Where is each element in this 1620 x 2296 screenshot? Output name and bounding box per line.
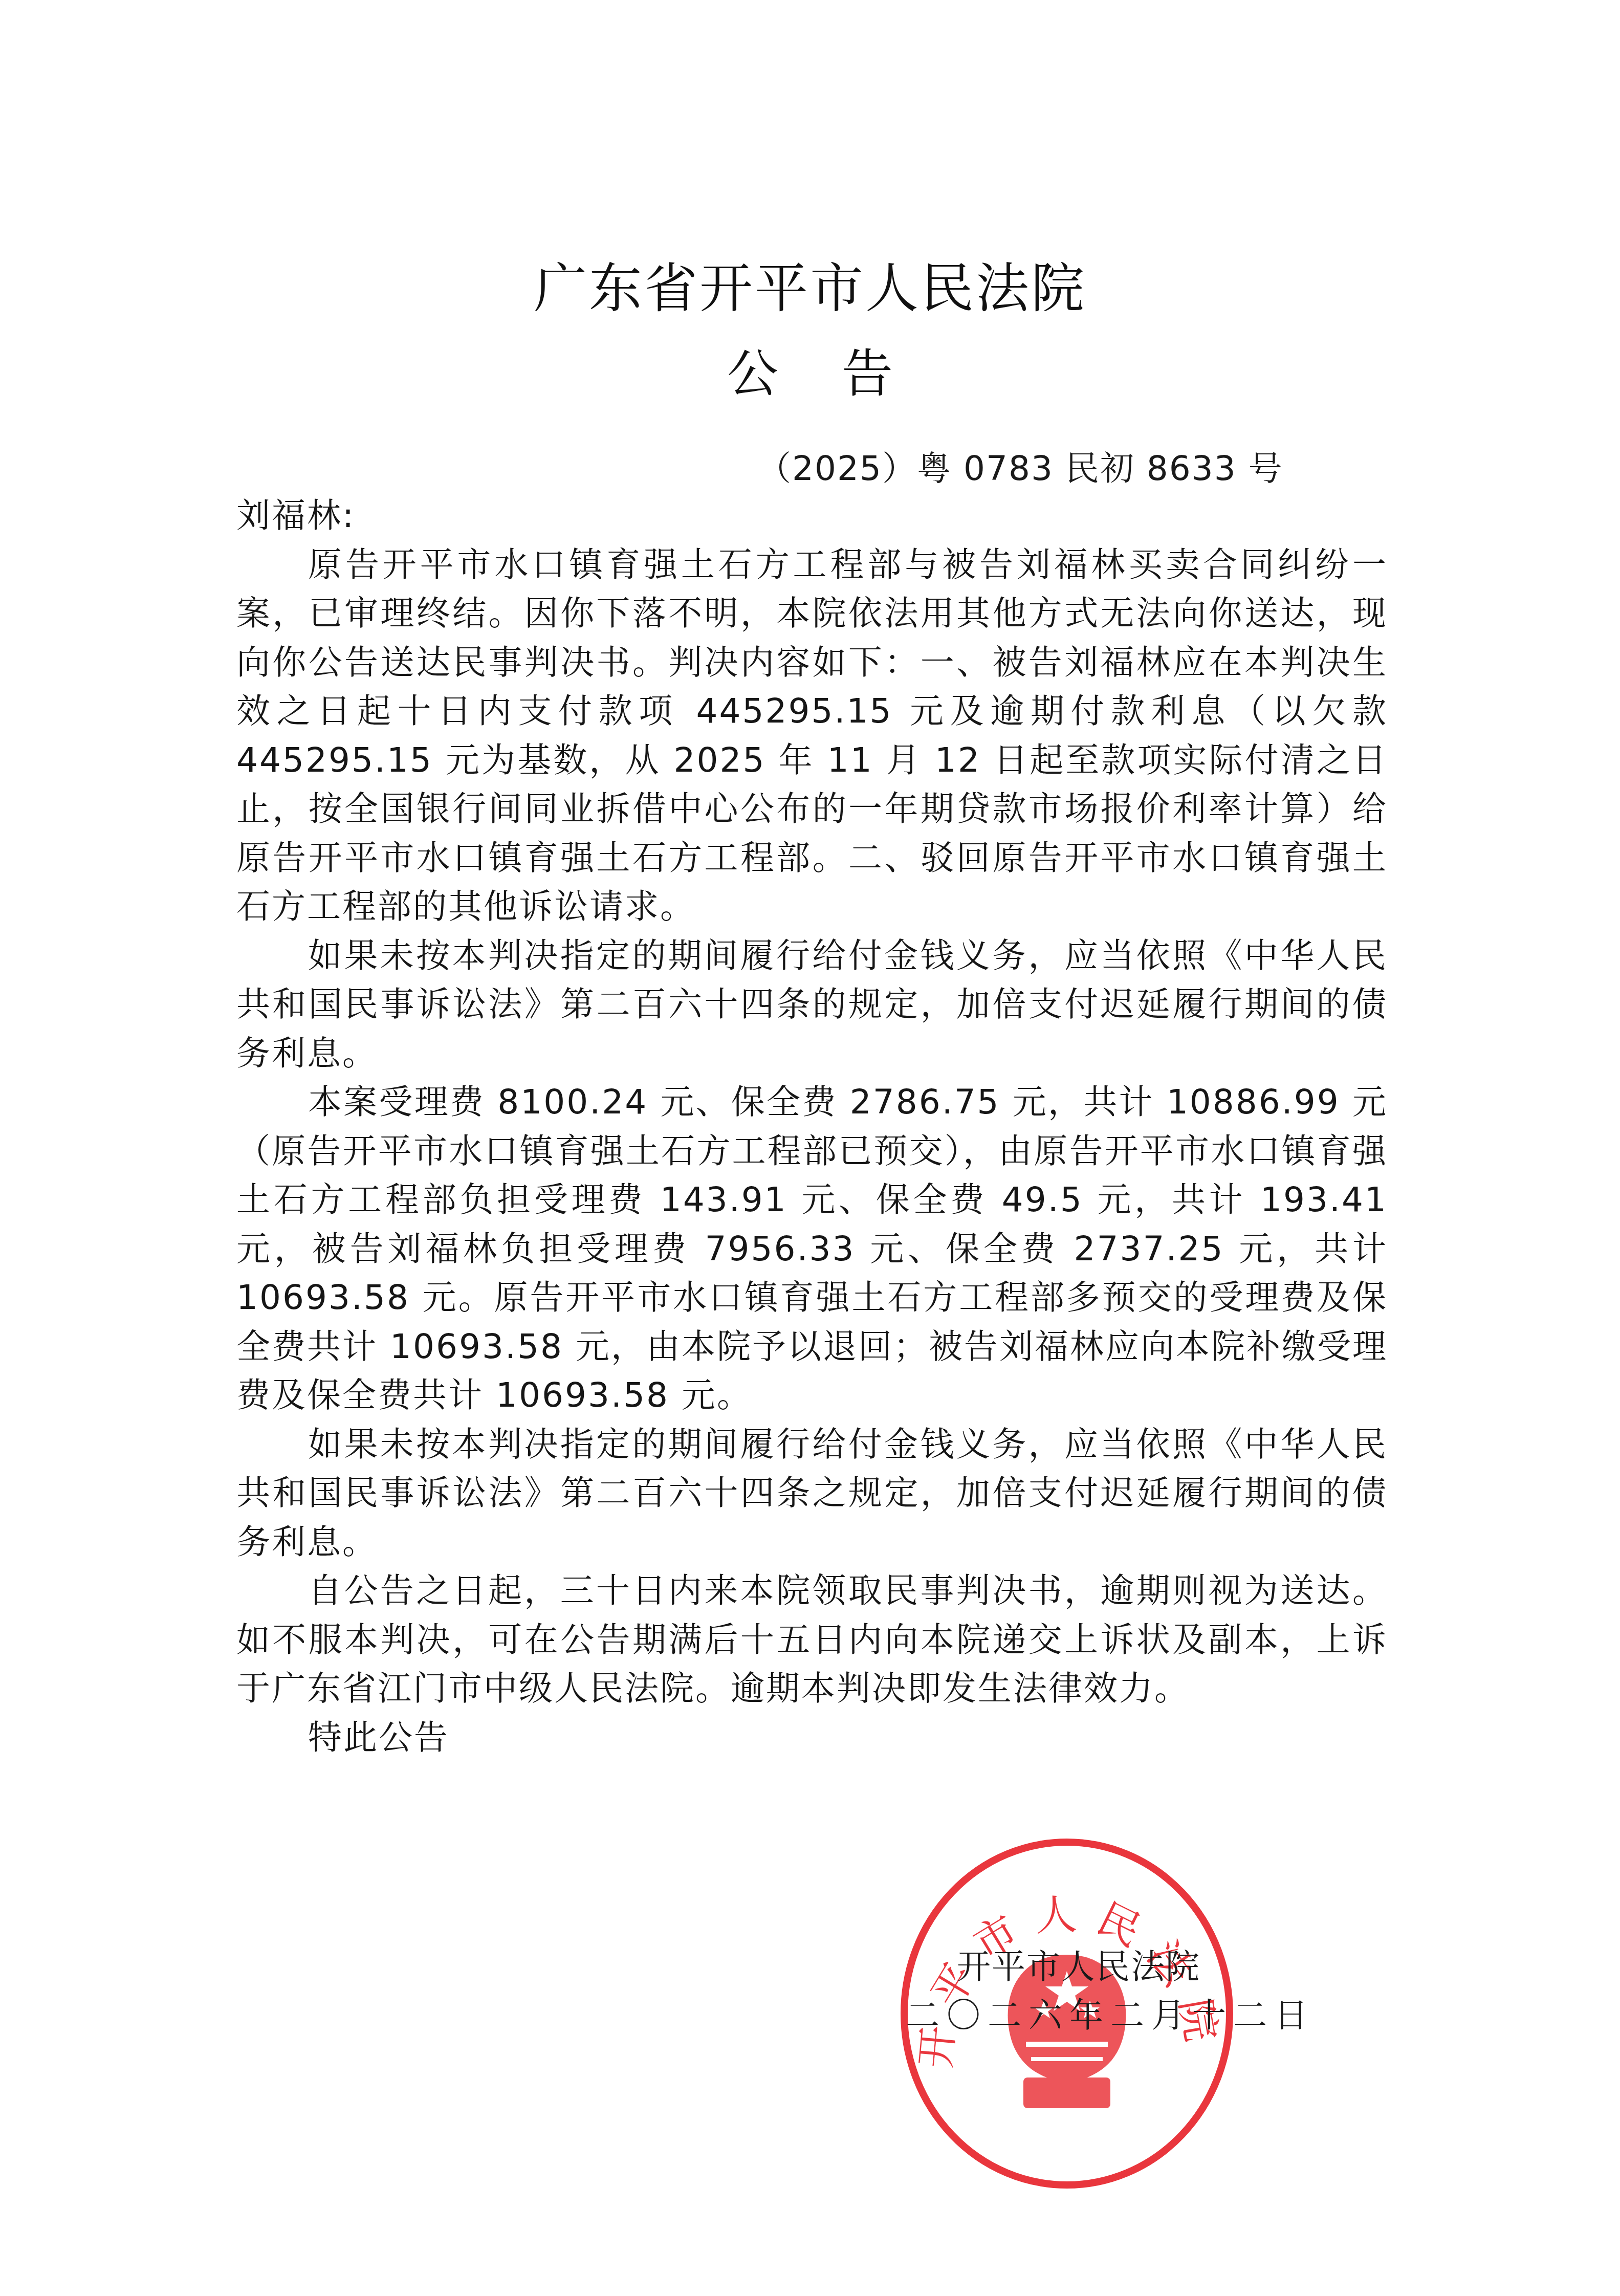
issue-date: 二〇二六年二月十二日 [906,1988,1315,2037]
paragraph-judgment: 原告开平市水口镇育强土石方工程部与被告刘福林买卖合同纠纷一案，已审理终结。因你下… [236,540,1388,931]
case-number: （2025）粤 0783 民初 8633 号 [757,441,1283,490]
court-notice-page: 广东省开平市人民法院 公告 （2025）粤 0783 民初 8633 号 刘福林… [0,0,1620,2296]
paragraph-appeal: 自公告之日起，三十日内来本院领取民事判决书，逾期则视为送达。如不服本判决，可在公… [236,1566,1388,1713]
notice-heading: 公告 [0,333,1620,406]
signing-court: 开平市人民法院 [957,1939,1200,1988]
notice-heading-char-2: 告 [842,333,893,406]
notice-body: 刘福林: 原告开平市水口镇育强土石方工程部与被告刘福林买卖合同纠纷一案，已审理终… [236,491,1388,1762]
paragraph-late-interest: 如果未按本判决指定的期间履行给付金钱义务，应当依照《中华人民共和国民事诉讼法》第… [236,931,1388,1078]
paragraph-closing: 特此公告 [236,1713,1388,1762]
paragraph-late-interest-2: 如果未按本判决指定的期间履行给付金钱义务，应当依照《中华人民共和国民事诉讼法》第… [236,1420,1388,1567]
notice-heading-char-1: 公 [727,333,778,406]
paragraph-fees: 本案受理费 8100.24 元、保全费 2786.75 元，共计 10886.9… [236,1078,1388,1420]
court-name-heading: 广东省开平市人民法院 [0,246,1620,322]
addressee: 刘福林: [236,491,1388,540]
